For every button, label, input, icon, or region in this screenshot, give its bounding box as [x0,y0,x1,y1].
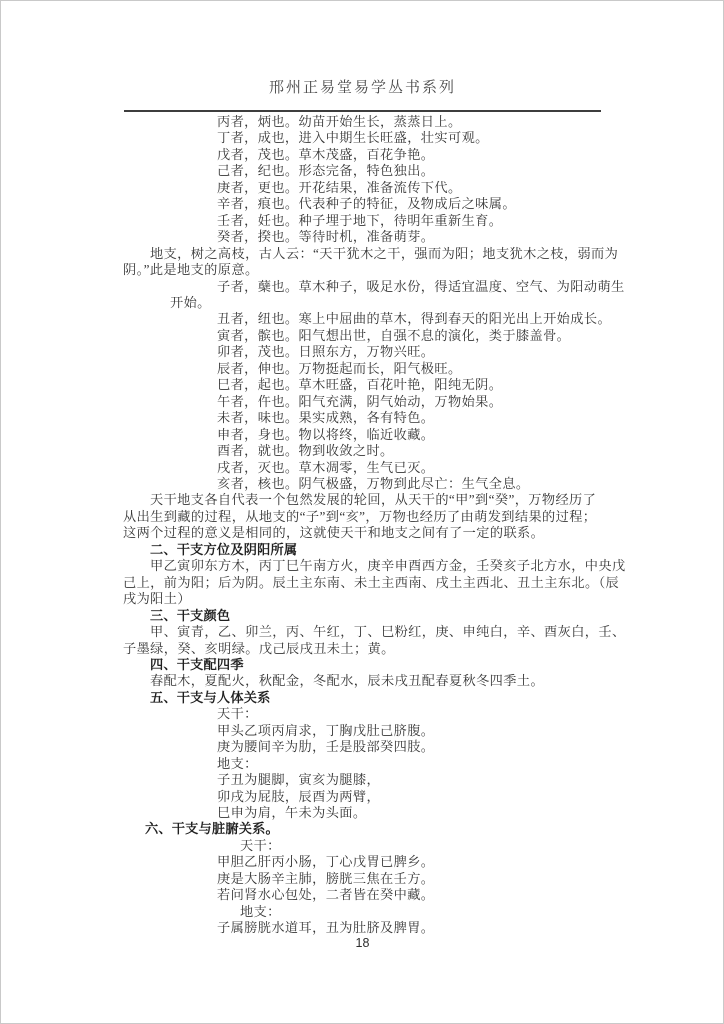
text-line: 天干： [123,706,609,722]
text-line: 子丑为腿脚，寅亥为腿膝， [123,772,609,788]
header-divider [124,110,601,112]
paragraph-line: 阴。”此是地支的原意。 [123,262,609,278]
text-line: 癸者，揆也。等待时机，准备萌芽。 [123,229,609,245]
page-body: 丙者，炳也。幼苗开始生长，蒸蒸日上。 丁者，成也，进入中期生长旺盛，壮实可观。 … [123,114,609,937]
text-line: 辛者，痕也。代表种子的特征，及物成后之味属。 [123,196,609,212]
paragraph-line: 戌为阳土） [123,591,609,607]
text-line: 庚为腰间辛为肋，壬是股部癸四肢。 [123,739,609,755]
paragraph-line: 子墨绿，癸、亥明绿。戊己辰戌丑未土；黄。 [123,641,609,657]
text-line: 甲胆乙肝丙小肠，丁心戊胃已脾乡。 [123,854,609,870]
text-line: 庚者，更也。开花结果，准备流传下代。 [123,180,609,196]
text-line: 丙者，炳也。幼苗开始生长，蒸蒸日上。 [123,114,609,130]
section-heading-6: 六、干支与脏腑关系。 [123,821,609,837]
section-heading-4: 四、干支配四季 [123,657,609,673]
text-line: 天干： [123,838,609,854]
text-line: 己者，纪也。形态完备，特色独出。 [123,163,609,179]
section-heading-3: 三、干支颜色 [123,608,609,624]
text-line: 申者，身也。物以将终，临近收藏。 [123,427,609,443]
text-line: 地支： [123,756,609,772]
paragraph-line: 己上，前为阳；后为阴。辰土主东南、未土主西南、戌土主西北、丑土主东北。（辰 [123,575,609,591]
paragraph-line: 这两个过程的意义是相同的，这就使天干和地支之间有了一定的联系。 [123,525,609,541]
text-line: 酉者，就也。物到收敛之时。 [123,443,609,459]
text-line: 戊者，茂也。草木茂盛，百花争艳。 [123,147,609,163]
paragraph-line: 地支，树之高枝，古人云：“天干犹木之干，强而为阳；地支犹木之枝，弱而为 [123,246,609,262]
text-line: 亥者，核也。阴气极盛，万物到此尽亡：生气全息。 [123,476,609,492]
page-number: 18 [124,936,601,950]
section-heading-5: 五、干支与人体关系 [123,690,609,706]
paragraph-line: 甲乙寅卯东方木，丙丁巳午南方火，庚辛申酉西方金，壬癸亥子北方水，中央戊 [123,558,609,574]
text-line: 子属膀胱水道耳，丑为肚脐及脾胃。 [123,920,609,936]
series-title: 邢州正易堂易学丛书系列 [124,76,601,97]
paragraph-line: 从出生到藏的过程，从地支的“子”到“亥”，万物也经历了由萌发到结果的过程； [123,509,609,525]
text-line: 卯者，茂也。日照东方，万物兴旺。 [123,344,609,360]
text-line: 子者，蘖也。草木种子，吸足水份，得适宜温度、空气、为阳动萌生 [123,279,609,295]
paragraph-line: 天干地支各自代表一个包然发展的轮回，从天干的“甲”到“癸”，万物经历了 [123,492,609,508]
text-line: 未者，味也。果实成熟，各有特色。 [123,410,609,426]
text-line: 寅者，髌也。阳气想出世，自强不息的演化，类于膝盖骨。 [123,328,609,344]
section-heading-2: 二、干支方位及阴阳所属 [123,542,609,558]
text-line: 丑者，纽也。寒上中屈曲的草木，得到春天的阳光出上开始成长。 [123,311,609,327]
paragraph-line: 甲、寅青，乙、卯兰，丙、午红，丁、巳粉红，庚、申纯白，辛、酉灰白，壬、 [123,624,609,640]
text-line: 巳者，起也。草木旺盛，百花叶艳，阳纯无阴。 [123,377,609,393]
text-line: 地支： [123,904,609,920]
text-line: 若问肾水心包处，二者皆在癸中藏。 [123,887,609,903]
text-line: 丁者，成也，进入中期生长旺盛，壮实可观。 [123,130,609,146]
text-line: 甲头乙项丙肩求，丁胸戊肚己脐腹。 [123,723,609,739]
text-line: 巳申为肩，午未为头面。 [123,805,609,821]
text-line: 壬者，妊也。种子埋于地下，待明年重新生育。 [123,213,609,229]
paragraph-line: 春配木，夏配火，秋配金，冬配水，辰未戌丑配春夏秋冬四季土。 [123,673,609,689]
text-line: 开始。 [123,295,609,311]
text-line: 午者，仵也。阳气充满，阴气始动，万物始果。 [123,394,609,410]
text-line: 庚是大肠辛主肺，膀胱三焦在壬方。 [123,871,609,887]
text-line: 辰者，伸也。万物挺起而长，阳气极旺。 [123,361,609,377]
text-line: 卯戌为屁肢，辰酉为两臂， [123,789,609,805]
text-line: 戌者，灭也。草木凋零，生气已灭。 [123,460,609,476]
